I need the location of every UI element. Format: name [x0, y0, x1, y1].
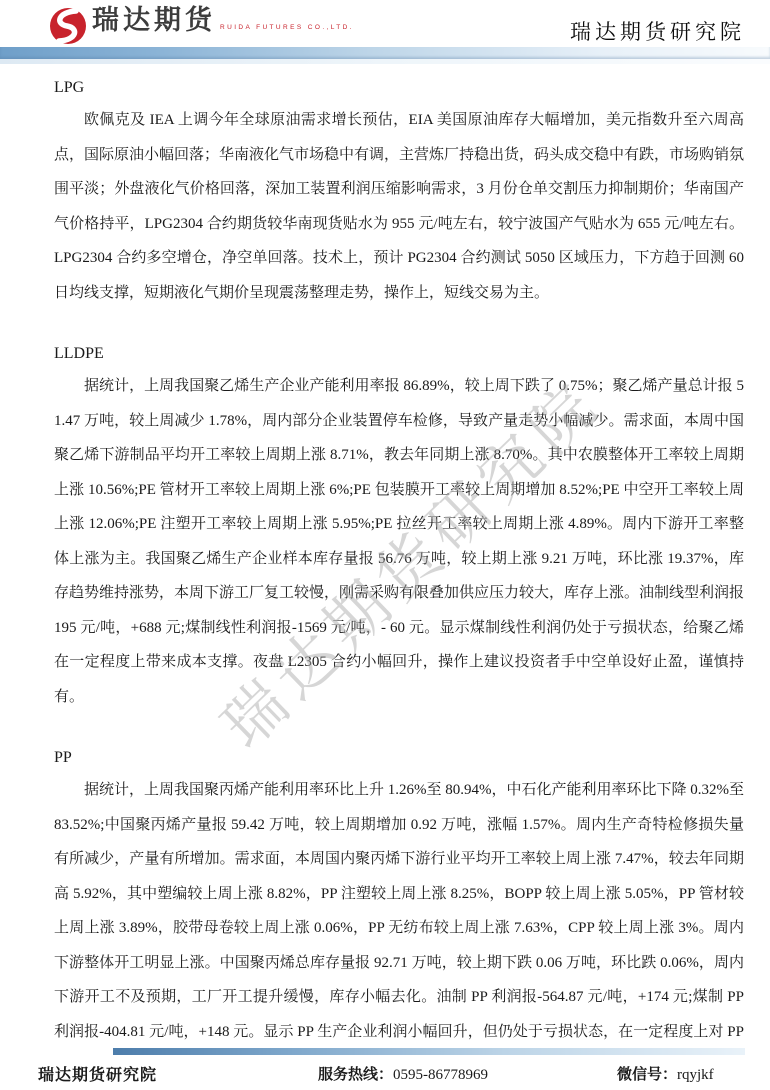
brand-name-en: RUIDA FUTURES CO.,LTD.	[220, 24, 354, 31]
report-page: 瑞达期货 RUIDA FUTURES CO.,LTD. 瑞达期货研究院 LPG …	[0, 0, 770, 1090]
section-lpg-paragraph: 欧佩克及 IEA 上调今年全球原油需求增长预估，EIA 美国原油库存大幅增加，美…	[54, 103, 744, 310]
brand-text-block: 瑞达期货 RUIDA FUTURES CO.,LTD.	[92, 6, 354, 35]
footer-institute: 瑞达期货研究院	[38, 1062, 157, 1085]
institute-title: 瑞达期货研究院	[570, 16, 745, 46]
footer-wechat-id: rqyjkf	[677, 1067, 714, 1083]
footer-divider-bar	[113, 1048, 745, 1055]
brand-name-cn: 瑞达期货	[92, 5, 216, 35]
section-lldpe: LLDPE 据统计，上周我国聚乙烯生产企业产能利用率报 86.89%，较上周下跌…	[54, 339, 744, 714]
ruida-logo-icon	[48, 6, 88, 46]
footer-wechat: 微信号：rqyjkf	[617, 1063, 714, 1084]
page-footer: 瑞达期货研究院 服务热线：0595-86778969 微信号：rqyjkf	[0, 1045, 770, 1090]
section-lpg: LPG 欧佩克及 IEA 上调今年全球原油需求增长预估，EIA 美国原油库存大幅…	[54, 73, 744, 310]
footer-row: 瑞达期货研究院 服务热线：0595-86778969 微信号：rqyjkf	[0, 1059, 770, 1087]
section-lldpe-paragraph: 据统计，上周我国聚乙烯生产企业产能利用率报 86.89%，较上周下跌了 0.75…	[54, 369, 744, 714]
report-body: LPG 欧佩克及 IEA 上调今年全球原油需求增长预估，EIA 美国原油库存大幅…	[0, 64, 770, 1046]
footer-hotline-number: 0595-86778969	[393, 1067, 488, 1083]
page-header: 瑞达期货 RUIDA FUTURES CO.,LTD. 瑞达期货研究院	[0, 0, 770, 45]
footer-wechat-label: 微信号：	[617, 1067, 677, 1083]
section-lldpe-heading: LLDPE	[54, 339, 744, 369]
brand-logo: 瑞达期货 RUIDA FUTURES CO.,LTD.	[48, 6, 354, 46]
footer-hotline-label: 服务热线：	[318, 1067, 393, 1083]
footer-hotline: 服务热线：0595-86778969	[318, 1063, 488, 1084]
header-divider-bar	[0, 45, 770, 59]
section-lpg-heading: LPG	[54, 73, 744, 103]
section-pp: PP 据统计，上周我国聚丙烯产能利用率环比上升 1.26%至 80.94%，中石…	[54, 743, 744, 1046]
section-pp-paragraph: 据统计，上周我国聚丙烯产能利用率环比上升 1.26%至 80.94%，中石化产能…	[54, 773, 744, 1046]
section-pp-heading: PP	[54, 743, 744, 773]
